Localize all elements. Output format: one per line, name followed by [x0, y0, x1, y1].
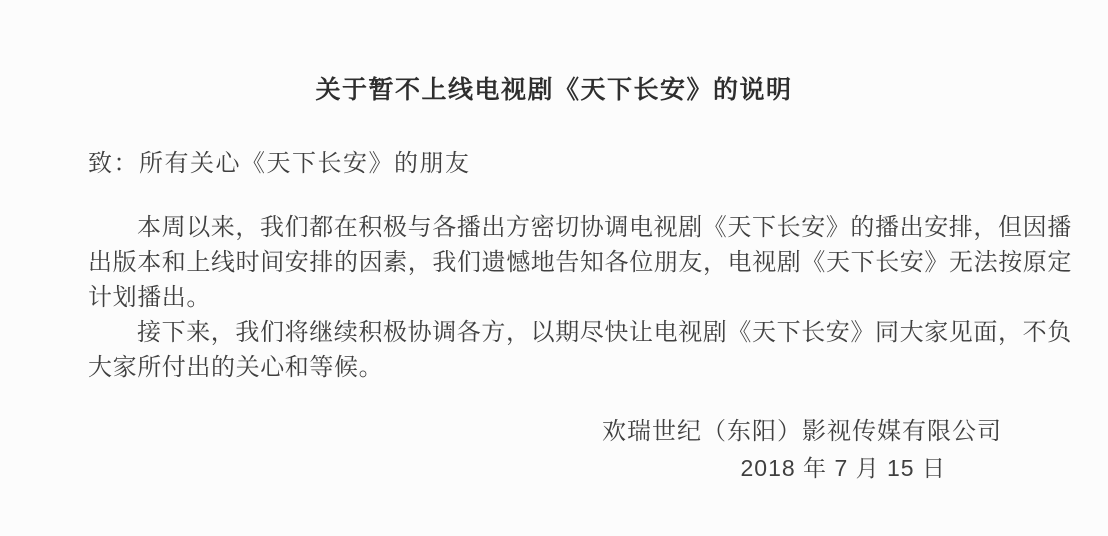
paragraph-2-line-2: 大家所付出的关心和等候。	[88, 350, 1020, 385]
signature-date: 2018 年 7 月 15 日	[741, 455, 947, 481]
paragraph-1: 本周以来，我们都在积极与各播出方密切协调电视剧《天下长安》的播出安排，但因播 出…	[88, 210, 1020, 315]
salutation-line: 致：所有关心《天下长安》的朋友	[88, 148, 1020, 180]
document-title: 关于暂不上线电视剧《天下长安》的说明	[88, 0, 1020, 106]
paragraph-2: 接下来，我们将继续积极协调各方，以期尽快让电视剧《天下长安》同大家见面，不负 大…	[88, 315, 1020, 385]
paragraph-1-line-2: 出版本和上线时间安排的因素，我们遗憾地告知各位朋友，电视剧《天下长安》无法按原定	[88, 245, 1020, 280]
paragraph-1-line-1: 本周以来，我们都在积极与各播出方密切协调电视剧《天下长安》的播出安排，但因播	[88, 210, 1020, 245]
statement-document: 关于暂不上线电视剧《天下长安》的说明 致：所有关心《天下长安》的朋友 本周以来，…	[0, 0, 1108, 536]
paragraph-1-line-3: 计划播出。	[88, 280, 1020, 315]
signature-block: 欢瑞世纪（东阳）影视传媒有限公司 2018 年 7 月 15 日	[88, 414, 1020, 486]
paragraph-2-line-1: 接下来，我们将继续积极协调各方，以期尽快让电视剧《天下长安》同大家见面，不负	[88, 315, 1020, 350]
signature-company-line: 欢瑞世纪（东阳）影视传媒有限公司	[88, 414, 1020, 450]
signature-date-line: 2018 年 7 月 15 日	[88, 450, 1020, 486]
company-name: 欢瑞世纪（东阳）影视传媒有限公司	[602, 418, 1002, 445]
